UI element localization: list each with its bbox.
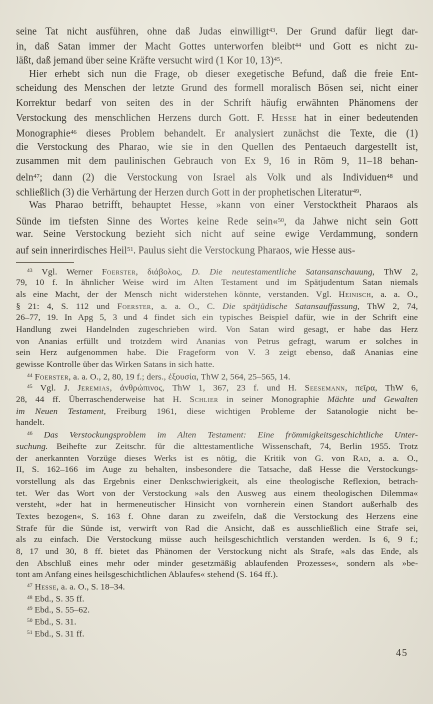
text-line: 8, 17 und 30, 8 ff. bietet das Phänomen … bbox=[16, 546, 418, 558]
footnote-marker: 43 bbox=[27, 268, 32, 274]
text-line: 43 Vgl. Werner Foerster, διάβολος, D. Di… bbox=[16, 266, 418, 278]
text-line: gewisse Kontrolle über das Wirken Satans… bbox=[16, 359, 418, 371]
footnote-marker: 47 bbox=[33, 173, 39, 180]
text-line: in, daß Satan immer der Macht Gottes unt… bbox=[16, 39, 418, 54]
styled-text: Seesemann bbox=[305, 383, 345, 393]
footnote-marker: 44 bbox=[295, 42, 301, 49]
text-line: schließlich (3) die Verhärtung der Herze… bbox=[16, 185, 418, 200]
footnote-marker: 43 bbox=[269, 27, 275, 34]
text-line: Textes bezogen«, S. 163 f. Ohne daran zu… bbox=[16, 511, 418, 523]
styled-text: Foerster bbox=[102, 266, 136, 276]
text-line: zusammen mit dem paulinischen Gebrauch v… bbox=[16, 155, 418, 170]
footnote-marker: 51 bbox=[127, 246, 133, 253]
text-line: 50 Ebd., S. 31. bbox=[16, 616, 418, 628]
text-line: 44 Foerster, a. a. O., 2, 80, 19 f.; der… bbox=[16, 371, 418, 383]
footnote-marker: 44 bbox=[27, 373, 32, 379]
text-line: Handlung zwei Handelnden zugeschrieben w… bbox=[16, 324, 418, 336]
text-line: der anerkannten Vorzüge dieses Werks ist… bbox=[16, 453, 418, 465]
text-line: auf sein innerirdisches Heil51. Paulus s… bbox=[16, 243, 418, 258]
text-line: als zu einfach. Die Verstockung müsse au… bbox=[16, 534, 418, 546]
text-line: Was Pharao betrifft, behauptet Hesse, »k… bbox=[16, 199, 418, 214]
text-line: 26–77, 19. In Apg 5, 3 und 4 findet sich… bbox=[16, 312, 418, 324]
text-line: versteht, »der hat in hermeneutischer Hi… bbox=[16, 499, 418, 511]
footnotes: 43 Vgl. Werner Foerster, διάβολος, D. Di… bbox=[16, 266, 418, 640]
text-line: seine Tat nicht ausführen, ohne daß Juda… bbox=[16, 24, 418, 39]
text-line: 28, 44 ff. Überraschenderweise hat H. Sc… bbox=[16, 394, 418, 406]
text-line: Verstockung des menschlichen Herzens dur… bbox=[16, 112, 418, 127]
styled-text: suchung. bbox=[16, 441, 48, 451]
footnote-marker: 45 bbox=[27, 384, 32, 390]
footnote-marker: 47 bbox=[27, 583, 32, 589]
text-line: 49 Ebd., S. 55–62. bbox=[16, 604, 418, 616]
text-line: § 21: 4, S. 112 und Foerster, a. a. O., … bbox=[16, 301, 418, 313]
text-column: seine Tat nicht ausführen, ohne daß Juda… bbox=[16, 24, 418, 659]
styled-text: Heinisch bbox=[339, 289, 371, 299]
text-line: 46 Das Verstockungsproblem im Alten Test… bbox=[16, 429, 418, 441]
styled-text: Jeremias bbox=[78, 383, 110, 393]
text-line: 51 Ebd., S. 31 ff. bbox=[16, 628, 418, 640]
styled-text: Mächte und Gewalten bbox=[327, 394, 418, 404]
text-line: von Ananias erfüllt und trotzdem wird An… bbox=[16, 336, 418, 348]
styled-text: Das Verstockungsproblem im Alten Testame… bbox=[44, 429, 418, 439]
footnote-marker: 51 bbox=[27, 630, 32, 636]
footnote-marker: 46 bbox=[27, 431, 32, 437]
text-line: als eine Macht, der der Mensch nicht wid… bbox=[16, 289, 418, 301]
text-line: 47 Hesse, a. a. O., S. 18–34. bbox=[16, 581, 418, 593]
styled-text: Foerster bbox=[35, 371, 69, 381]
text-line: läßt, daß jemand über seine Kräfte versu… bbox=[16, 53, 418, 68]
text-line: vorstellung als das Ergebnis einer Denks… bbox=[16, 476, 418, 488]
text-line: im Neuen Testament, Freiburg 1961, diese… bbox=[16, 406, 418, 418]
styled-text: Die spätjüdische Satansauffassung bbox=[223, 301, 358, 311]
footnote-marker: 45 bbox=[274, 56, 280, 63]
text-line: 48 Ebd., S. 35 ff. bbox=[16, 593, 418, 605]
styled-text: Hesse bbox=[272, 113, 297, 124]
text-line: 45 Vgl. J. Jeremias, ἀνθρώπινος, ThW 1, … bbox=[16, 382, 418, 394]
styled-text: Rad bbox=[353, 453, 368, 463]
footnote-marker: 50 bbox=[27, 618, 32, 624]
styled-text: Schlier bbox=[190, 394, 219, 404]
footnote-marker: 46 bbox=[70, 129, 76, 136]
text-line: tet. Wer das Wort von der Verstockung »a… bbox=[16, 488, 418, 500]
text-line: Sünde im tiefsten Sinne des Wortes keine… bbox=[16, 214, 418, 229]
body-text: seine Tat nicht ausführen, ohne daß Juda… bbox=[16, 24, 418, 258]
text-line: handelt. bbox=[16, 417, 418, 429]
text-line: tont am Anfang eines heilsgeschichtliche… bbox=[16, 569, 418, 581]
styled-text: im Neuen Testament bbox=[16, 406, 104, 416]
footnote-marker: 48 bbox=[386, 173, 392, 180]
text-line: Korrektur bedarf von seiten des in der S… bbox=[16, 97, 418, 112]
text-line: Strafe für die Sünde ist, verwirft von R… bbox=[16, 523, 418, 535]
text-line: den Abschluß eines mehr oder minder gese… bbox=[16, 558, 418, 570]
text-line: deln47; dann (2) die Verstockung von Isr… bbox=[16, 170, 418, 185]
footnote-marker: 50 bbox=[278, 217, 284, 224]
styled-text: Hesse bbox=[35, 581, 57, 591]
text-line: Monographie46 dieses Problem behandelt. … bbox=[16, 126, 418, 141]
footnote-separator bbox=[16, 262, 74, 263]
styled-text: D. Die neutestamentliche Satansanschauun… bbox=[192, 266, 373, 276]
footnote-marker: 48 bbox=[27, 595, 32, 601]
text-line: Hier erhebt sich nun die Frage, ob diese… bbox=[16, 68, 418, 83]
text-line: suchung. Beihefte zur Zeitschr. für die … bbox=[16, 441, 418, 453]
styled-text: Foerster bbox=[117, 301, 151, 311]
text-line: scheidung des Menschen der letzte Grund … bbox=[16, 82, 418, 97]
text-line: sein Herz aufgenommen habe. Die Fragefor… bbox=[16, 347, 418, 359]
text-line: 79, 10 f. In ähnlicher Weise wird im Alt… bbox=[16, 277, 418, 289]
footnote-marker: 49 bbox=[353, 188, 359, 195]
text-line: die Verstockung des Pharao, wie sie in d… bbox=[16, 141, 418, 156]
footnote-marker: 49 bbox=[27, 606, 32, 612]
text-line: war. Seine Verstockung bezieht sich nich… bbox=[16, 228, 418, 243]
book-page: seine Tat nicht ausführen, ohne daß Juda… bbox=[0, 0, 433, 704]
text-line: II, S. 162–166 im Auge zu behalten, insb… bbox=[16, 464, 418, 476]
page-number: 45 bbox=[16, 648, 418, 659]
